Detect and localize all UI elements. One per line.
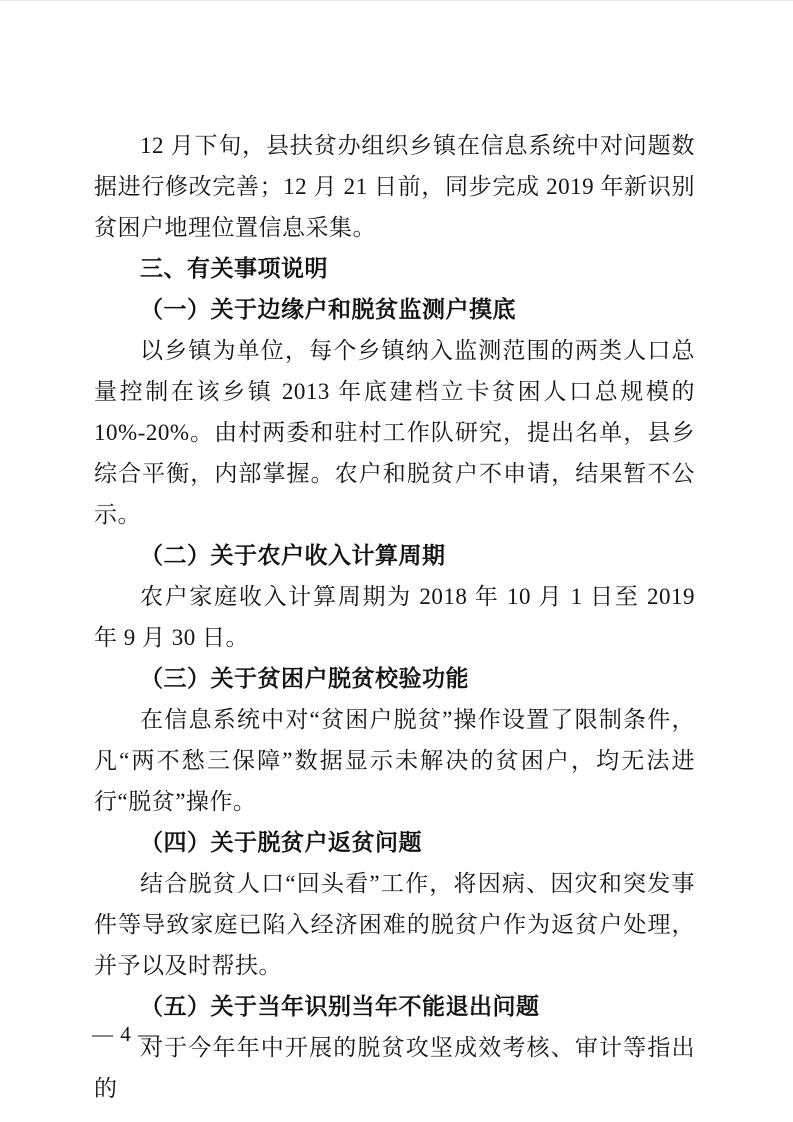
document-page: 12 月下旬，县扶贫办组织乡镇在信息系统中对问题数据进行修改完善；12 月 21… <box>0 0 793 1122</box>
subsection-5-body: 对于今年年中开展的脱贫攻坚成效考核、审计等指出的 <box>94 1027 695 1109</box>
section-heading: 三、有关事项说明 <box>94 248 695 289</box>
subsection-3-heading: （三）关于贫困户脱贫校验功能 <box>94 658 695 699</box>
intro-paragraph: 12 月下旬，县扶贫办组织乡镇在信息系统中对问题数据进行修改完善；12 月 21… <box>94 125 695 248</box>
document-body: 12 月下旬，县扶贫办组织乡镇在信息系统中对问题数据进行修改完善；12 月 21… <box>94 125 695 1109</box>
subsection-1-body: 以乡镇为单位，每个乡镇纳入监测范围的两类人口总量控制在该乡镇 2013 年底建档… <box>94 330 695 535</box>
subsection-3-body: 在信息系统中对“贫困户脱贫”操作设置了限制条件，凡“两不愁三保障”数据显示未解决… <box>94 699 695 822</box>
page-number: — 4 — <box>92 1019 160 1049</box>
subsection-4-body: 结合脱贫人口“回头看”工作，将因病、因灾和突发事件等导致家庭已陷入经济困难的脱贫… <box>94 863 695 986</box>
subsection-2-body: 农户家庭收入计算周期为 2018 年 10 月 1 日至 2019 年 9 月 … <box>94 576 695 658</box>
subsection-2-heading: （二）关于农户收入计算周期 <box>94 535 695 576</box>
subsection-4-heading: （四）关于脱贫户返贫问题 <box>94 822 695 863</box>
subsection-5-heading: （五）关于当年识别当年不能退出问题 <box>94 986 695 1027</box>
subsection-1-heading: （一）关于边缘户和脱贫监测户摸底 <box>94 289 695 330</box>
